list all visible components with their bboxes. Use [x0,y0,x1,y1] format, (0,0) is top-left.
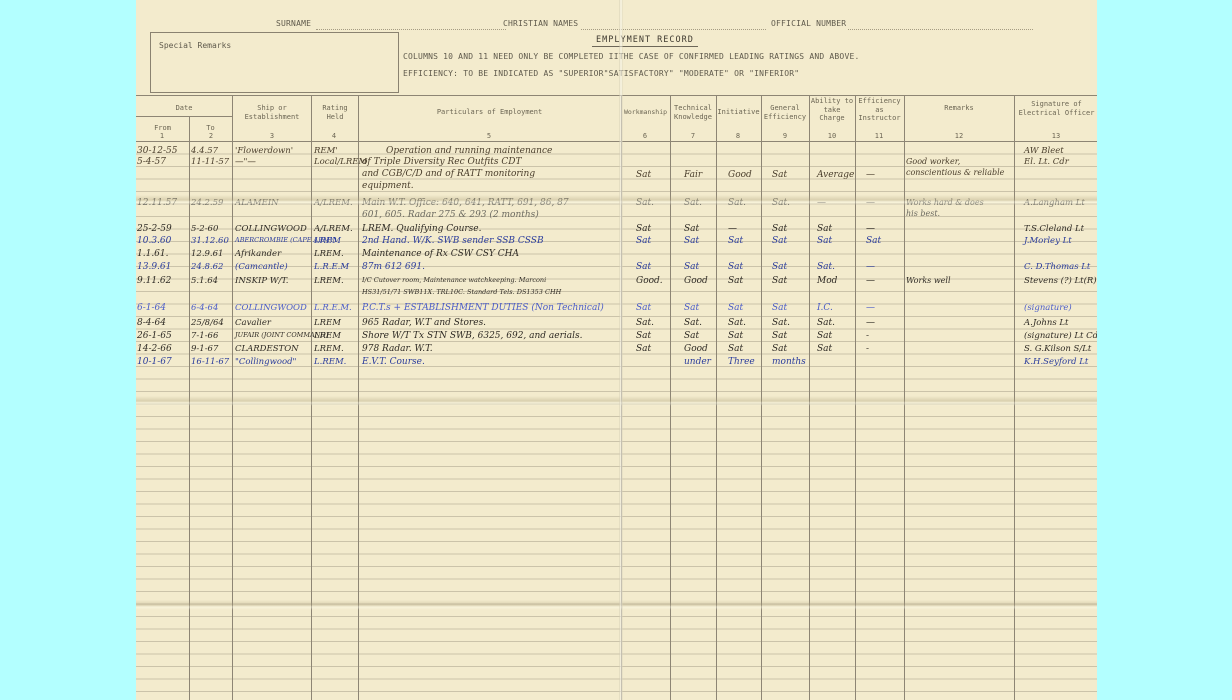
entry-remarks: conscientious & reliable [906,168,1004,177]
entry-rating-value: under [684,357,711,367]
entry-ship: INSKIP W/T. [235,276,288,286]
entry-particulars: I/C Cutover room, Maintenance watchkeepi… [362,276,546,284]
column-number: 7 [678,132,708,141]
entry-rating-value: Sat [728,344,743,354]
entry-to: 24.8.62 [191,262,223,272]
christian-names-label: CHRISTIAN NAMES [503,19,578,28]
official-number-line [848,29,1033,30]
entry-from: 13.9.61 [137,262,171,272]
entry-rating-value: I.C. [817,303,833,313]
christian-names-line [581,29,766,30]
entry-particulars: 965 Radar, W.T and Stores. [362,318,486,328]
header-remarks: Remarks [904,104,1014,113]
entry-to: 16-11-67 [191,357,229,367]
entry-rating: Local/LREM [314,157,367,167]
entry-signature: (signature) [1024,303,1072,313]
header-initiative: Initiative [716,108,761,117]
entry-rating-value: Sat [684,262,699,272]
entry-signature: K.H.Seyford Lt [1024,357,1088,367]
entry-from: 26-1-65 [137,331,172,341]
entry-signature: S. G.Kilson S/Lt [1024,344,1091,354]
entry-particulars: Maintenance of Rx CSW CSY CHA [362,249,519,259]
entry-rating: LREM. [314,249,344,259]
column-number: 3 [257,132,287,141]
entry-rating-value: — [866,276,875,286]
entry-particulars: P.C.T.s + ESTABLISHMENT DUTIES (Non Tech… [362,303,604,313]
entry-rating-value: Sat [772,276,787,286]
entry-particulars: Operation and running maintenance [386,146,552,156]
entry-particulars: equipment. [362,181,414,191]
entry-rating-value: Sat [772,344,787,354]
entry-rating-value: Sat [772,170,787,180]
header-general: General Efficiency [761,104,809,121]
special-remarks-box: Special Remarks [150,32,399,93]
entry-rating-value: - [866,344,869,354]
entry-rating-value: Sat [866,236,881,246]
entry-signature: El. Lt. Cdr [1024,157,1069,167]
entry-signature: (signature) Lt Cdr [1024,331,1097,341]
title-underline [592,46,698,47]
header-bottom-rule [136,141,1097,142]
column-number: 2 [196,132,226,141]
entry-to: 5.1.64 [191,276,218,286]
entry-rating-value: Sat [636,262,651,272]
paper-fold [136,195,1097,205]
column-number: 5 [474,132,504,141]
paper-fold [136,396,1097,406]
entry-ship: (Camcantle) [235,262,288,272]
entry-rating-value: Good. [636,276,663,286]
entry-from: 25-2-59 [137,224,172,234]
entry-particulars: E.V.T. Course. [362,357,425,367]
entry-from: 9.11.62 [137,276,171,286]
entry-rating-value: Sat [817,331,832,341]
header-date: Date [136,104,232,113]
entry-rating-value: Sat [772,262,787,272]
entry-particulars: HS31/51/71 SWB11X. TRL10C. Standard Tels… [362,288,561,296]
entry-rating: LREM [314,331,341,341]
entry-signature: J.Morley Lt [1024,236,1072,246]
entry-particulars: 87m 612 691. [362,262,425,272]
entry-rating-value: — [728,224,737,234]
entry-remarks: Good worker, [906,157,960,166]
form-note-2: EFFICIENCY: TO BE INDICATED AS "SUPERIOR… [403,69,799,78]
entry-rating: LREM [314,236,341,246]
entry-rating-value: Sat [684,236,699,246]
entry-rating: A/LREM. [314,224,353,234]
column-number: 10 [817,132,847,141]
entry-rating-value: Sat [728,262,743,272]
entry-rating-value: Sat [684,224,699,234]
entry-particulars: LREM. Qualifying Course. [362,224,481,234]
entry-ship: "Collingwood" [235,357,296,367]
column-number: 8 [723,132,753,141]
entry-rating-value: Sat [817,236,832,246]
entry-rating-value: Sat [772,303,787,313]
entry-rating-value: — [866,170,875,180]
entry-rating: L.R.E.M [314,262,349,272]
entry-from: 10.3.60 [137,236,171,246]
entry-rating-value: Sat [728,276,743,286]
column-number: 6 [630,132,660,141]
entry-signature: C. D.Thomas Lt [1024,262,1090,272]
column-number: 12 [944,132,974,141]
entry-particulars: of Triple Diversity Rec Outfits CDT [362,157,522,167]
entry-from: 10-1-67 [137,357,172,367]
entry-rating-value: Average [817,170,854,180]
entry-rating-value: Sat [728,331,743,341]
entry-particulars: 601, 605. Radar 275 & 293 (2 months) [362,210,539,220]
header-technical: Technical Knowledge [670,104,716,121]
entry-from: 14-2-66 [137,344,172,354]
entry-rating: LREM. [314,276,344,286]
entry-from: 6-1-64 [137,303,166,313]
entry-to: 6-4-64 [191,303,218,313]
entry-rating-value: Three [728,357,755,367]
date-split-rule [136,116,232,117]
entry-rating-value: Mod [817,276,837,286]
entry-to: 9-1-67 [191,344,218,354]
entry-from: 5-4-57 [137,157,166,167]
header-instructor: Efficiency as Instructor [855,97,904,123]
surname-label: SURNAME [276,19,311,28]
entry-rating-value: Sat [772,236,787,246]
entry-rating-value: months [772,357,806,367]
entry-to: 31.12.60 [191,236,229,246]
entry-ship: —"— [235,157,256,167]
entry-ship: COLLINGWOOD [235,303,307,313]
entry-signature: AW Bleet [1024,146,1064,156]
entry-signature: T.S.Cleland Lt [1024,224,1084,234]
entry-rating-value: - [866,331,869,341]
entry-rating-value: — [866,262,875,272]
entry-rating-value: Sat [636,344,651,354]
form-note-1: COLUMNS 10 AND 11 NEED ONLY BE COMPLETED… [403,52,860,61]
entry-rating: LREM. [314,344,344,354]
entry-rating-value: Sat [636,170,651,180]
entry-rating-value: Sat [728,236,743,246]
entry-rating-value: Good [728,170,752,180]
entry-rating-value: Sat [636,236,651,246]
entry-rating: L.R.E.M. [314,303,352,313]
entry-rating-value: — [866,224,875,234]
entry-ship: COLLINGWOOD [235,224,307,234]
official-number-label: OFFICIAL NUMBER [771,19,846,28]
entry-particulars: Shore W/T Tx STN SWB, 6325, 692, and aer… [362,331,583,341]
entry-rating: REM' [314,146,338,156]
entry-particulars: 978 Radar. W.T. [362,344,433,354]
entry-rating-value: — [866,318,875,328]
entry-from: 8-4-64 [137,318,166,328]
header-signature: Signature of Electrical Officer [1016,100,1097,117]
entry-rating-value: Sat. [817,318,835,328]
form-title: EMPLYMENT RECORD [596,35,694,45]
entry-rating-value: Sat [684,303,699,313]
entry-rating-value: Sat [636,331,651,341]
column-number: 4 [319,132,349,141]
entry-rating: LREM [314,318,341,328]
column-number: 9 [770,132,800,141]
column-number: 13 [1041,132,1071,141]
entry-from: 30-12-55 [137,146,177,156]
entry-ship: CLARDESTON [235,344,299,354]
header-ability: Ability to take Charge [809,97,855,123]
entry-rating-value: Sat [817,224,832,234]
entry-ship: Cavalier [235,318,271,328]
entry-rating-value: Sat [636,224,651,234]
entry-to: 4.4.57 [191,146,218,156]
entry-rating-value: Fair [684,170,702,180]
entry-rating-value: Sat. [772,318,790,328]
column-number: 11 [864,132,894,141]
entry-to: 11-11-57 [191,157,229,167]
entry-rating-value: Sat [817,344,832,354]
entry-rating-value: Sat [772,224,787,234]
entry-remarks: his best. [906,209,940,218]
entry-rating-value: Sat. [636,318,654,328]
entry-rating-value: Sat [636,303,651,313]
entry-ship: 'Flowerdown' [235,146,293,156]
entry-signature: A.Johns Lt [1024,318,1068,328]
entry-rating-value: — [866,303,875,313]
paper-fold [136,600,1097,610]
entry-rating-value: Sat [772,331,787,341]
entry-to: 25/8/64 [191,318,224,328]
entry-rating-value: Sat. [684,318,702,328]
entry-ship: Afrikander [235,249,281,259]
entry-signature: Stevens (?) Lt(R) [1024,276,1097,286]
header-ship: Ship or Establishment [236,104,308,121]
entry-rating-value: Sat. [817,262,835,272]
entry-rating: L.REM. [314,357,346,367]
entry-rating-value: Sat [728,303,743,313]
entry-rating-value: Sat [684,331,699,341]
entry-from: 1.1.61. [137,249,169,259]
entry-rating-value: Good [684,344,708,354]
entry-to: 7-1-66 [191,331,218,341]
header-workmanship: Workmanship [621,108,670,117]
column-number: 1 [147,132,177,141]
entry-remarks: Works well [906,276,951,285]
entry-rating-value: Sat. [728,318,746,328]
paper-fold [619,0,623,700]
header-rating: Rating Held [313,104,357,121]
entry-rating-value: Good [684,276,708,286]
employment-record-sheet: SURNAME CHRISTIAN NAMES OFFICIAL NUMBER … [136,0,1097,700]
header-particulars: Particulars of Employment [358,108,621,117]
entry-to: 12.9.61 [191,249,223,259]
entry-to: 5-2-60 [191,224,218,234]
entry-particulars: 2nd Hand. W/K. SWB sender SSB CSSB [362,236,544,246]
surname-line [316,29,506,30]
special-remarks-label: Special Remarks [159,41,231,50]
table-top-rule [136,95,1097,96]
entry-particulars: and CGB/C/D and of RATT monitoring [362,169,535,179]
